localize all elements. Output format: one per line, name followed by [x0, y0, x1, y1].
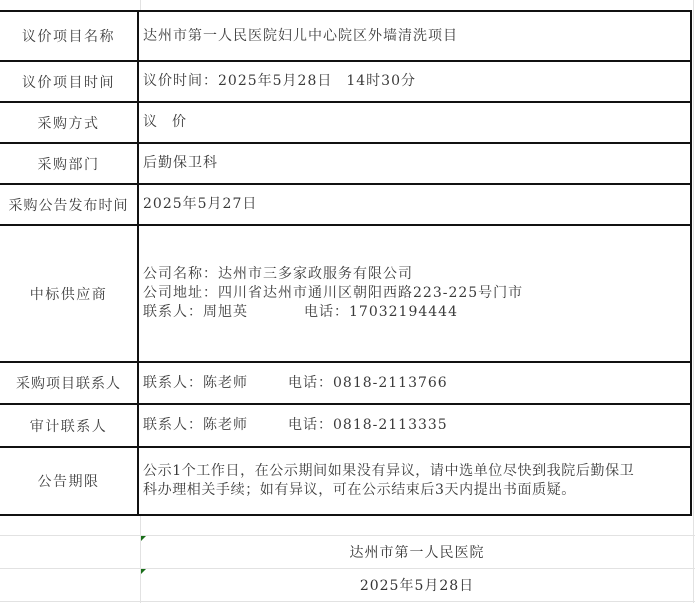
time-prefix: 议价时间： [143, 73, 218, 89]
table-row-project-name: 议价项目名称 达州市第一人民医院妇儿中心院区外墙清洗项目 [0, 12, 690, 62]
value-cell-project-name[interactable]: 达州市第一人民医院妇儿中心院区外墙清洗项目 [139, 12, 690, 60]
department-text: 后勤保卫科 [143, 154, 690, 173]
value-cell-audit-contact[interactable]: 联系人：陈老师电话：0818-2113335 [139, 405, 690, 446]
bid-time: 14时30分 [346, 73, 416, 89]
table-row-department: 采购部门 后勤保卫科 [0, 144, 690, 185]
announcement-table: 议价项目名称 达州市第一人民医院妇儿中心院区外墙清洗项目 议价项目时间 议价时间… [0, 10, 692, 516]
project-phone: 电话：0818-2113766 [288, 375, 448, 391]
project-time-line: 议价时间：2025年5月28日14时30分 [143, 72, 690, 91]
table-row-publish-date: 采购公告发布时间 2025年5月27日 [0, 185, 690, 226]
audit-contact-line: 联系人：陈老师电话：0818-2113335 [143, 416, 690, 435]
label-cell[interactable]: 中标供应商 [0, 226, 139, 361]
value-cell-procurement-method[interactable]: 议价 [139, 103, 690, 142]
label-cell[interactable]: 议价项目名称 [0, 12, 139, 60]
audit-contact: 联系人：陈老师 [143, 417, 248, 433]
table-row-notice-period: 公告期限 公示1个工作日，在公示期间如果没有异议，请中选单位尽快到我院后勤保卫 … [0, 448, 690, 514]
footer-issuer-cell[interactable]: 达州市第一人民医院 [141, 536, 693, 568]
bid-date: 2025年5月28日 [218, 73, 332, 89]
value-cell-notice-period[interactable]: 公示1个工作日，在公示期间如果没有异议，请中选单位尽快到我院后勤保卫 科办理相关… [139, 448, 690, 514]
company-name: 公司名称：达州市三多家政服务有限公司 [143, 265, 690, 284]
procurement-method-line: 议价 [143, 113, 690, 132]
label-cell[interactable]: 公告期限 [0, 448, 139, 514]
supplier-contact-line: 联系人：周旭英电话：17032194444 [143, 303, 690, 322]
value-cell-winning-supplier[interactable]: 公司名称：达州市三多家政服务有限公司 公司地址：四川省达州市通川区朝阳西路223… [139, 226, 690, 361]
publish-date-text: 2025年5月27日 [143, 195, 690, 214]
label-cell[interactable]: 采购方式 [0, 103, 139, 142]
label-cell[interactable]: 采购部门 [0, 144, 139, 183]
gridline-column-right [693, 0, 694, 603]
value-cell-project-time[interactable]: 议价时间：2025年5月28日14时30分 [139, 62, 690, 101]
notice-text-line-1: 公示1个工作日，在公示期间如果没有异议，请中选单位尽快到我院后勤保卫 [143, 462, 690, 481]
gridline-row [0, 601, 695, 602]
value-cell-department[interactable]: 后勤保卫科 [139, 144, 690, 183]
value-cell-publish-date[interactable]: 2025年5月27日 [139, 185, 690, 224]
project-name-text: 达州市第一人民医院妇儿中心院区外墙清洗项目 [143, 27, 690, 46]
supplier-phone: 电话：17032194444 [304, 304, 458, 320]
label-cell[interactable]: 采购项目联系人 [0, 363, 139, 403]
project-contact-line: 联系人：陈老师电话：0818-2113766 [143, 374, 690, 393]
table-row-project-time: 议价项目时间 议价时间：2025年5月28日14时30分 [0, 62, 690, 103]
footer-date-cell[interactable]: 2025年5月28日 [141, 569, 693, 601]
label-cell[interactable]: 审计联系人 [0, 405, 139, 446]
table-row-project-contact: 采购项目联系人 联系人：陈老师电话：0818-2113766 [0, 363, 690, 405]
project-contact: 联系人：陈老师 [143, 375, 248, 391]
audit-phone: 电话：0818-2113335 [288, 417, 448, 433]
label-cell[interactable]: 议价项目时间 [0, 62, 139, 101]
company-address: 公司地址：四川省达州市通川区朝阳西路223-225号门市 [143, 284, 690, 303]
table-row-audit-contact: 审计联系人 联系人：陈老师电话：0818-2113335 [0, 405, 690, 448]
table-row-procurement-method: 采购方式 议价 [0, 103, 690, 144]
spreadsheet-sheet: 议价项目名称 达州市第一人民医院妇儿中心院区外墙清洗项目 议价项目时间 议价时间… [0, 0, 695, 603]
notice-text-line-2: 科办理相关手续；如有异议，可在公示结束后3天内提出书面质疑。 [143, 481, 690, 500]
method-char: 议 [143, 114, 158, 130]
table-row-winning-supplier: 中标供应商 公司名称：达州市三多家政服务有限公司 公司地址：四川省达州市通川区朝… [0, 226, 690, 363]
footer-issuer: 达州市第一人民医院 [350, 542, 485, 562]
value-cell-project-contact[interactable]: 联系人：陈老师电话：0818-2113766 [139, 363, 690, 403]
supplier-contact: 联系人：周旭英 [143, 304, 248, 320]
label-cell[interactable]: 采购公告发布时间 [0, 185, 139, 224]
footer-date: 2025年5月28日 [360, 575, 474, 595]
method-char: 价 [172, 114, 187, 130]
